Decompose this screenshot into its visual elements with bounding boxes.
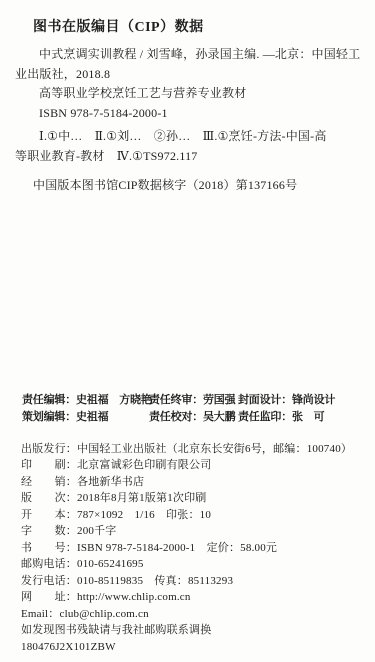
footer-block: 如发现图书残缺请与我社邮购联系调换 180476J2X101ZBW	[21, 622, 361, 655]
row-label: 网 址：	[21, 589, 77, 606]
colophon-row-format: 开 本： 787×1092 1/16 印张：10	[21, 507, 361, 524]
row-label: 印 刷：	[21, 457, 77, 474]
row-label: 开 本：	[21, 507, 77, 524]
cip-classification-line-1: Ⅰ.①中… Ⅱ.①刘… ②孙… Ⅲ.①烹饪-方法-中国-高	[15, 127, 361, 147]
colophon-block: 出版发行： 中国轻工业出版社（北京东长安街6号，邮编：100740） 印 刷： …	[21, 441, 361, 623]
colophon-row-edition: 版 次： 2018年8月第1版第1次印刷	[21, 490, 361, 507]
row-label: 书 号：	[21, 540, 77, 557]
row-label: 邮购电话：	[21, 556, 77, 573]
colophon-row-mail-order-phone: 邮购电话： 010-65241695	[21, 556, 361, 573]
cip-publisher-line: 业出版社，2018.8	[15, 65, 361, 85]
cip-book-title-line: 中式烹调实训教程 / 刘雪峰，孙录国主编. —北京：中国轻工	[15, 45, 361, 65]
cip-block: 中式烹调实训教程 / 刘雪峰，孙录国主编. —北京：中国轻工 业出版社，2018…	[15, 45, 361, 196]
cip-series-line: 高等职业学校烹饪工艺与营养专业教材	[15, 84, 361, 104]
editors-row-1: 责任编辑：史祖福 方晓艳 责任终审：劳国强 封面设计：锋尚设计	[22, 392, 361, 410]
colophon-row-website: 网 址： http://www.chlip.com.cn	[21, 589, 361, 606]
row-label: 发行电话：	[21, 573, 77, 590]
product-code: 180476J2X101ZBW	[21, 639, 361, 656]
cip-title: 图书在版编目（CIP）数据	[33, 16, 361, 36]
cip-record-number: 中国版本图书馆CIP数据核字（2018）第137166号	[15, 176, 361, 196]
colophon-row-printer: 印 刷： 北京富诚彩色印刷有限公司	[21, 457, 361, 474]
colophon-row-distribution-phone: 发行电话： 010-85119835 传真：85113293	[21, 573, 361, 590]
colophon-row-word-count: 字 数： 200千字	[21, 523, 361, 540]
row-value: 北京富诚彩色印刷有限公司	[77, 457, 361, 474]
cip-classification-line-2: 等职业教育-教材 Ⅳ.①TS972.117	[15, 147, 361, 167]
row-label: 出版发行：	[21, 441, 77, 458]
row-label: Email：	[21, 606, 59, 623]
defect-exchange-notice: 如发现图书残缺请与我社邮购联系调换	[21, 622, 361, 639]
final-reviewer-credit: 责任终审：劳国强	[149, 392, 238, 410]
row-label: 版 次：	[21, 490, 77, 507]
proofreader-credit: 责任校对：吴大鹏	[149, 409, 238, 427]
cip-isbn-line: ISBN 978-7-5184-2000-1	[15, 104, 361, 124]
row-label: 字 数：	[21, 523, 77, 540]
colophon-row-email: Email： club@chlip.com.cn	[21, 606, 361, 623]
row-label: 经 销：	[21, 474, 77, 491]
row-value: 2018年8月第1版第1次印刷	[77, 490, 361, 507]
colophon-row-distributor: 经 销： 各地新华书店	[21, 474, 361, 491]
editors-block: 责任编辑：史祖福 方晓艳 责任终审：劳国强 封面设计：锋尚设计 策划编辑：史祖福…	[22, 392, 361, 427]
row-value: 010-65241695	[77, 556, 361, 573]
row-value: 中国轻工业出版社（北京东长安街6号，邮编：100740）	[77, 441, 361, 458]
row-value: 200千字	[77, 523, 361, 540]
planning-editor-credit: 策划编辑：史祖福	[22, 409, 149, 427]
colophon-row-isbn-price: 书 号： ISBN 978-7-5184-2000-1 定价：58.00元	[21, 540, 361, 557]
cover-design-credit: 封面设计：锋尚设计	[238, 392, 361, 410]
row-value: 010-85119835 传真：85113293	[77, 573, 361, 590]
website-url: http://www.chlip.com.cn	[77, 589, 361, 606]
colophon-row-publisher: 出版发行： 中国轻工业出版社（北京东长安街6号，邮编：100740）	[21, 441, 361, 458]
row-value: ISBN 978-7-5184-2000-1 定价：58.00元	[77, 540, 361, 557]
book-copyright-page: 图书在版编目（CIP）数据 中式烹调实训教程 / 刘雪峰，孙录国主编. —北京：…	[0, 0, 375, 662]
email-address: club@chlip.com.cn	[59, 606, 361, 623]
row-value: 各地新华书店	[77, 474, 361, 491]
row-value: 787×1092 1/16 印张：10	[77, 507, 361, 524]
print-supervisor-credit: 责任监印：张 可	[238, 409, 361, 427]
responsible-editor-credit: 责任编辑：史祖福 方晓艳	[22, 392, 149, 410]
editors-row-2: 策划编辑：史祖福 责任校对：吴大鹏 责任监印：张 可	[22, 409, 361, 427]
